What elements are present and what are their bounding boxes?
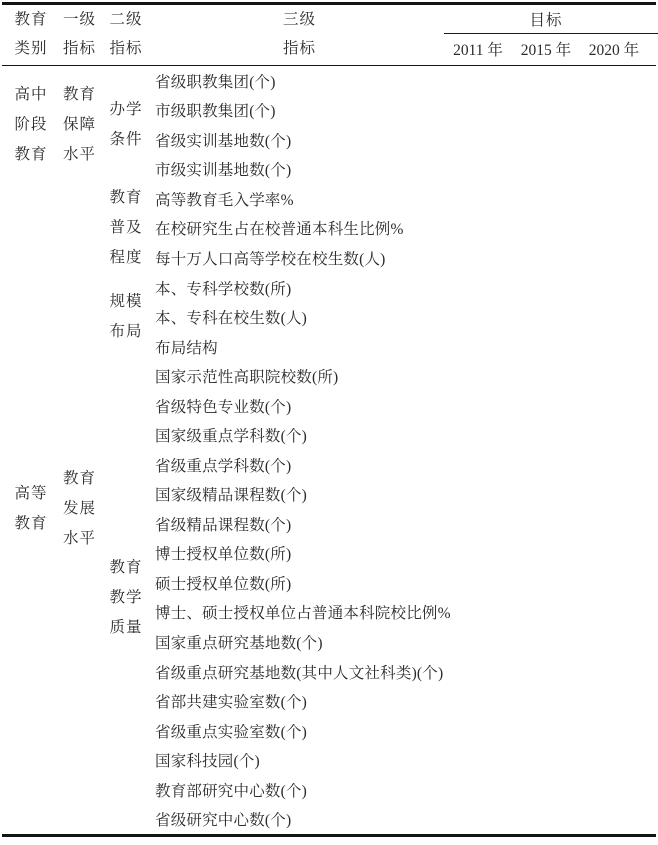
label-line: 布局 <box>109 324 142 340</box>
label-line: 条件 <box>109 132 142 148</box>
year-column-header: 2020 年 <box>580 34 648 64</box>
label-line: 质量 <box>109 620 142 636</box>
header-category: 教育 类别 <box>0 5 62 65</box>
label-line: 水平 <box>63 531 96 547</box>
label-line: 规模 <box>109 294 142 310</box>
indicator-cell: 国家级重点学科数(个) <box>155 420 444 450</box>
year-column-header: 2011 年 <box>444 34 512 64</box>
level2-cell-teaching-quality: 教育 教学 质量 <box>97 361 155 834</box>
target-header-label: 目标 <box>444 5 658 35</box>
category-cell-senior-secondary: 高中 阶段 教育 <box>0 66 62 184</box>
label-line: 教育 <box>14 516 47 532</box>
header-line: 类别 <box>14 41 47 57</box>
indicator-cell: 省级精品课程数(个) <box>155 509 444 539</box>
table-header: 教育 类别 一级 指标 二级 指标 三级 指标 目标 2011 年 2015 年… <box>0 5 658 65</box>
indicator-cell: 国家示范性高职院校数(所) <box>155 361 444 391</box>
header-target-group: 目标 2011 年 2015 年 2020 年 <box>444 5 658 65</box>
label-line: 教育 <box>63 87 96 103</box>
indicator-cell: 每十万人口高等学校在校生数(人) <box>155 243 444 273</box>
indicator-cell: 省部共建实验室数(个) <box>155 686 444 716</box>
indicator-cell: 省级重点学科数(个) <box>155 450 444 480</box>
indicator-cell: 国家科技园(个) <box>155 745 444 775</box>
header-line: 指标 <box>109 41 142 57</box>
level2-cell-school-conditions: 办学 条件 <box>97 66 155 184</box>
label-line: 教育 <box>63 471 96 487</box>
indicator-cell: 国家重点研究基地数(个) <box>155 627 444 657</box>
label-line: 教学 <box>109 590 142 606</box>
label-line: 办学 <box>109 102 142 118</box>
table-bottom-rule <box>2 834 656 837</box>
header-line: 一级 <box>63 12 96 28</box>
header-level1-indicator: 一级 指标 <box>62 5 97 65</box>
label-line: 阶段 <box>14 117 47 133</box>
target-years-row: 2011 年 2015 年 2020 年 <box>444 34 658 64</box>
indicator-cell: 省级重点实验室数(个) <box>155 716 444 746</box>
indicator-cell: 布局结构 <box>155 332 444 362</box>
indicator-cell: 本、专科学校数(所) <box>155 273 444 303</box>
indicator-cell: 在校研究生占在校普通本科生比例% <box>155 214 444 244</box>
label-line: 教育 <box>109 560 142 576</box>
label-line: 水平 <box>63 147 96 163</box>
indicator-cell: 市级实训基地数(个) <box>155 155 444 185</box>
indicator-cell: 市级职教集团(个) <box>155 96 444 126</box>
label-line: 教育 <box>14 147 47 163</box>
label-line: 保障 <box>63 117 96 133</box>
indicator-cell: 省级研究中心数(个) <box>155 804 444 834</box>
header-level2-indicator: 二级 指标 <box>97 5 155 65</box>
level1-cell-development: 教育 发展 水平 <box>62 184 97 834</box>
label-line: 发展 <box>63 501 96 517</box>
label-line: 高中 <box>14 87 47 103</box>
year-column-header: 2015 年 <box>512 34 580 64</box>
indicator-cell: 省级职教集团(个) <box>155 66 444 96</box>
header-line: 三级 <box>283 12 316 28</box>
indicator-cell: 省级特色专业数(个) <box>155 391 444 421</box>
label-line: 程度 <box>109 250 142 266</box>
header-level3-indicator: 三级 指标 <box>155 5 444 65</box>
document-page: 教育 类别 一级 指标 二级 指标 三级 指标 目标 2011 年 2015 年… <box>0 0 658 845</box>
indicator-cell: 国家级精品课程数(个) <box>155 480 444 510</box>
header-line: 指标 <box>63 41 96 57</box>
indicator-cell: 高等教育毛入学率% <box>155 184 444 214</box>
label-line: 普及 <box>109 220 142 236</box>
table-body: 高中 阶段 教育 高等 教育 教育 保障 水平 教育 发展 水平 办学 条件 教… <box>0 66 658 834</box>
header-line: 指标 <box>283 41 316 57</box>
level2-cell-popularization: 教育 普及 程度 <box>97 184 155 273</box>
indicator-cell: 省级重点研究基地数(其中人文社科类)(个) <box>155 657 444 687</box>
indicator-cell: 教育部研究中心数(个) <box>155 775 444 805</box>
level2-cell-scale-layout: 规模 布局 <box>97 273 155 362</box>
header-line: 教育 <box>14 12 47 28</box>
label-line: 教育 <box>109 190 142 206</box>
category-cell-higher-education: 高等 教育 <box>0 184 62 834</box>
label-line: 高等 <box>14 486 47 502</box>
indicator-cell: 本、专科在校生数(人) <box>155 302 444 332</box>
level1-cell-guarantee: 教育 保障 水平 <box>62 66 97 184</box>
header-line: 二级 <box>109 12 142 28</box>
indicator-cell: 博士授权单位数(所) <box>155 539 444 569</box>
indicator-cell: 省级实训基地数(个) <box>155 125 444 155</box>
indicator-cell: 博士、硕士授权单位占普通本科院校比例% <box>155 598 444 628</box>
indicator-cell: 硕士授权单位数(所) <box>155 568 444 598</box>
